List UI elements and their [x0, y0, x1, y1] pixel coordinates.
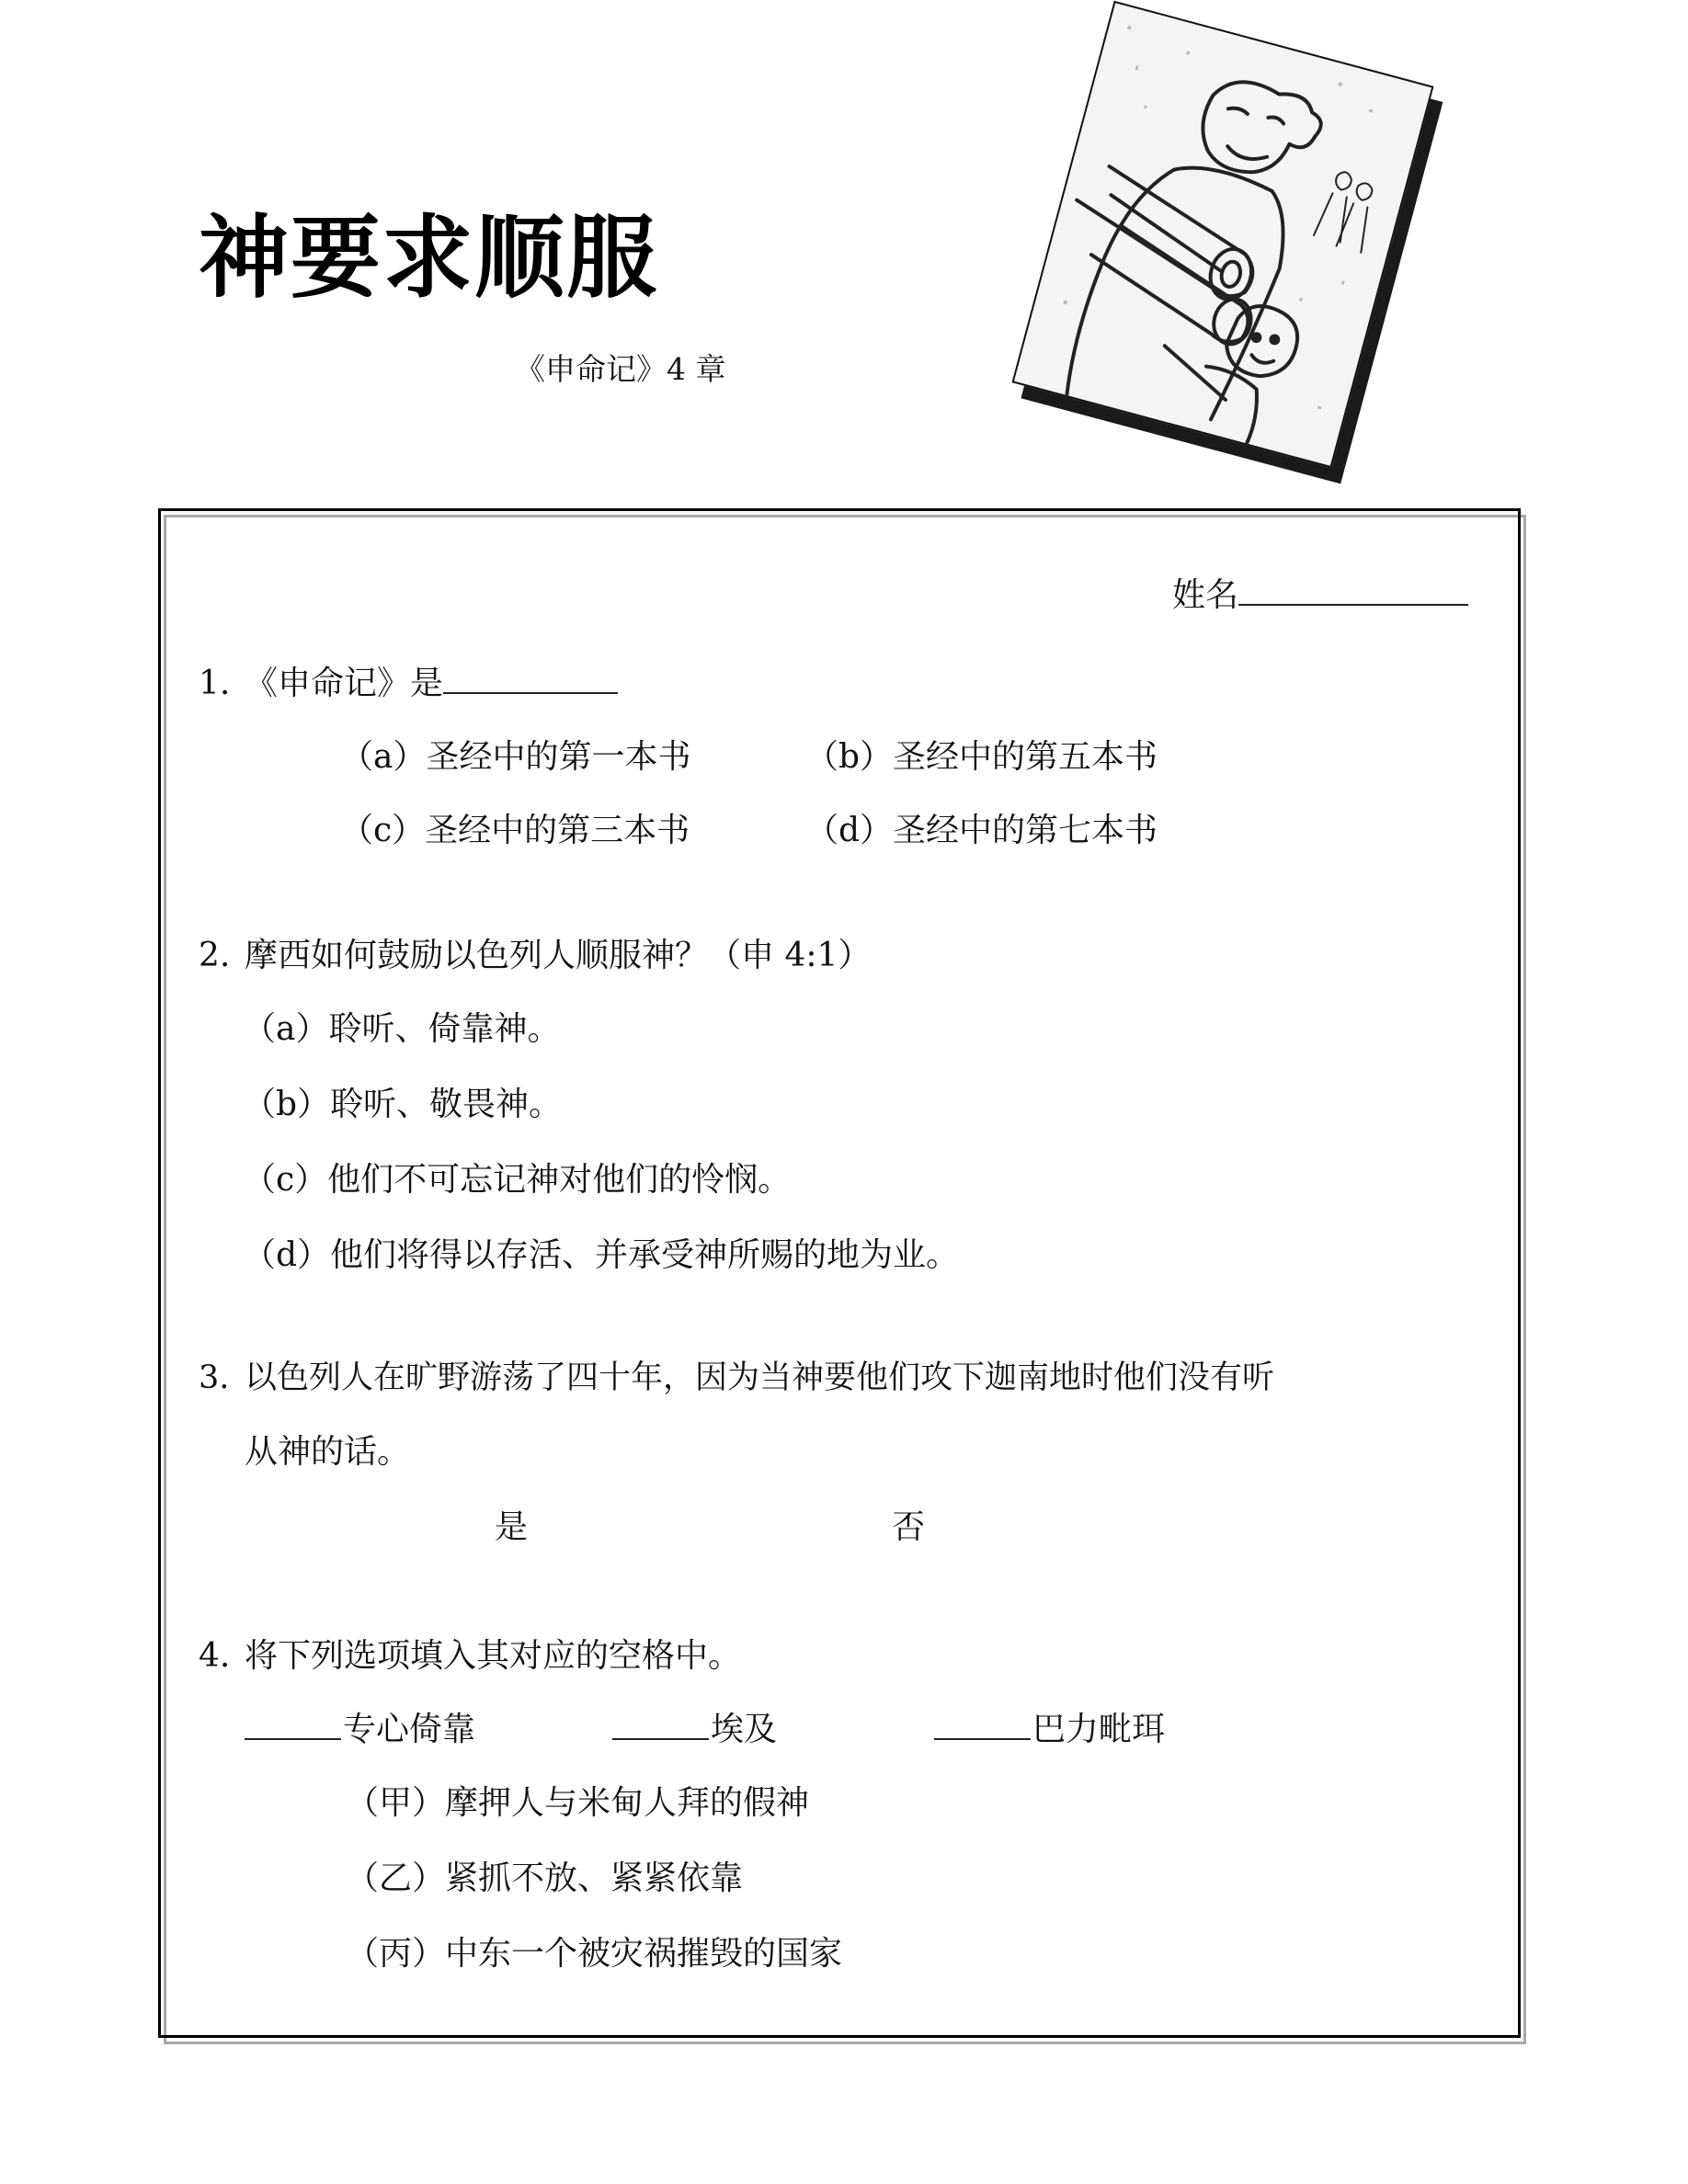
q1-option-a[interactable]: （a）圣经中的第一本书: [340, 741, 690, 774]
question-text: 摩西如何鼓励以色列人顺服神？（申 4:1）: [245, 937, 871, 974]
option-text: 圣经中的第一本书: [426, 738, 690, 776]
q2-option-a[interactable]: （a）聆听、倚靠神。: [243, 1013, 560, 1046]
match-term: 埃及: [711, 1711, 777, 1748]
option-label: （d）: [805, 812, 893, 849]
question-number: 2.: [199, 939, 245, 973]
answer-blank[interactable]: [443, 691, 618, 694]
match-item-2: 埃及: [612, 1713, 777, 1746]
q4-option-jia: （甲）摩押人与米甸人拜的假神: [346, 1787, 809, 1820]
option-text: 中东一个被灾祸摧毁的国家: [445, 1935, 842, 1973]
q4-option-yi: （乙）紧抓不放、紧紧依靠: [346, 1862, 743, 1895]
question-number: 1.: [199, 667, 245, 700]
option-text: 紧抓不放、紧紧依靠: [445, 1860, 743, 1897]
option-text: 聆听、敬畏神。: [330, 1086, 562, 1123]
question-number: 4.: [199, 1640, 245, 1673]
question-3-continued: 从神的话。: [245, 1436, 410, 1469]
option-label: （b）: [805, 738, 893, 776]
option-text: 圣经中的第五本书: [893, 738, 1158, 776]
option-text: 圣经中的第七本书: [893, 812, 1158, 849]
name-field[interactable]: 姓名: [1172, 579, 1468, 612]
question-text: 《申命记》是: [245, 665, 443, 702]
q2-option-d[interactable]: （d）他们将得以存活、并承受神所赐的地为业。: [243, 1239, 959, 1272]
man-and-boy-carrying-logs-icon: [1014, 3, 1431, 466]
option-label: （丙）: [346, 1935, 445, 1973]
match-blank[interactable]: [934, 1737, 1031, 1740]
option-label: （b）: [243, 1086, 330, 1123]
q1-option-b[interactable]: （b）圣经中的第五本书: [805, 741, 1158, 774]
q1-option-c[interactable]: （c）圣经中的第三本书: [340, 814, 690, 847]
option-text: 他们不可忘记神对他们的怜悯。: [327, 1161, 791, 1199]
option-label: （c）: [243, 1161, 327, 1199]
match-term: 专心倚靠: [343, 1711, 475, 1748]
match-item-3: 巴力毗珥: [934, 1713, 1165, 1746]
option-label: （c）: [340, 812, 425, 849]
choice-no[interactable]: 否: [892, 1511, 925, 1544]
question-4: 4.将下列选项填入其对应的空格中。: [199, 1640, 741, 1673]
match-blank[interactable]: [612, 1737, 709, 1740]
option-text: 摩押人与米甸人拜的假神: [445, 1784, 809, 1822]
option-label: （乙）: [346, 1860, 445, 1897]
q4-option-bing: （丙）中东一个被灾祸摧毁的国家: [346, 1938, 842, 1971]
option-label: （a）: [340, 738, 426, 776]
match-blank[interactable]: [245, 1737, 341, 1740]
match-item-1: 专心倚靠: [245, 1713, 475, 1746]
name-blank[interactable]: [1238, 603, 1468, 606]
page-title: 神要求顺服: [199, 213, 658, 303]
option-text: 他们将得以存活、并承受神所赐的地为业。: [330, 1236, 959, 1274]
name-label: 姓名: [1172, 576, 1238, 614]
q1-option-d[interactable]: （d）圣经中的第七本书: [805, 814, 1158, 847]
question-number: 3.: [199, 1362, 245, 1394]
choice-yes[interactable]: 是: [495, 1511, 528, 1544]
question-2: 2.摩西如何鼓励以色列人顺服神？（申 4:1）: [199, 939, 871, 973]
option-label: （a）: [243, 1010, 328, 1048]
question-text: 以色列人在旷野游荡了四十年，因为当神要他们攻下迦南地时他们没有听: [245, 1359, 1274, 1396]
option-text: 圣经中的第三本书: [425, 812, 690, 849]
illustration-card: [1011, 1, 1433, 469]
q2-option-b[interactable]: （b）聆听、敬畏神。: [243, 1088, 562, 1121]
q2-option-c[interactable]: （c）他们不可忘记神对他们的怜悯。: [243, 1164, 791, 1197]
question-text: 将下列选项填入其对应的空格中。: [245, 1637, 741, 1675]
scripture-reference: 《申命记》4 章: [515, 354, 726, 384]
option-label: （d）: [243, 1236, 330, 1274]
question-3: 3.以色列人在旷野游荡了四十年，因为当神要他们攻下迦南地时他们没有听: [199, 1362, 1274, 1394]
coloring-illustration: [1011, 1, 1433, 469]
option-label: （甲）: [346, 1784, 445, 1822]
match-term: 巴力毗珥: [1032, 1711, 1165, 1748]
question-1: 1.《申命记》是: [199, 667, 618, 700]
option-text: 聆听、倚靠神。: [328, 1010, 560, 1048]
